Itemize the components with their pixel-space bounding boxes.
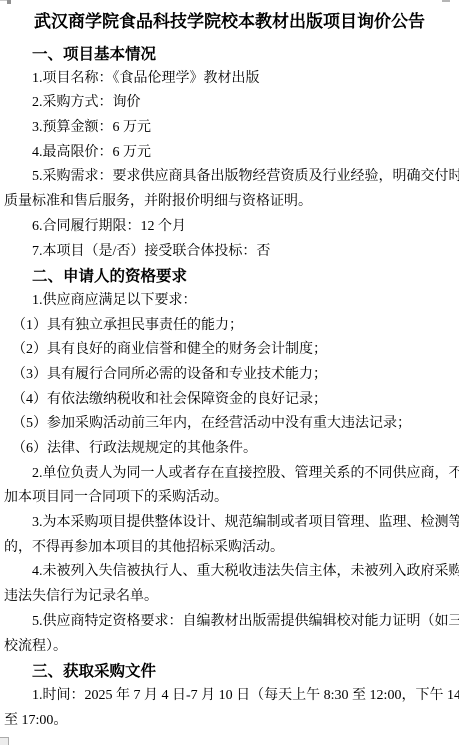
edge-artifact-bottom-left-box	[0, 737, 9, 745]
text-line: 5.供应商特定资格要求：自编教材出版需提供编辑校对能力证明（如三审三	[4, 610, 457, 635]
text-line: 4.最高限价：6 万元	[4, 141, 457, 166]
document-body: 一、项目基本情况1.项目名称：《食品伦理学》教材出版2.采购方式：询价3.预算金…	[0, 42, 459, 733]
text-line: 违法失信行为记录名单。	[4, 585, 457, 610]
text-line: 5.采购需求：要求供应商具备出版物经营资质及行业经验，明确交付时间、	[4, 165, 457, 190]
text-line: 3.为本采购项目提供整体设计、规范编制或者项目管理、监理、检测等服务	[4, 511, 457, 536]
text-line: 2.单位负责人为同一人或者存在直接控股、管理关系的不同供应商，不得参	[4, 462, 457, 487]
document-page: 武汉商学院食品科技学院校本教材出版项目询价公告 一、项目基本情况1.项目名称：《…	[0, 0, 459, 745]
section-heading: 三、获取采购文件	[4, 659, 457, 684]
text-line: 1.时间：2025 年 7 月 4 日-7 月 10 日（每天上午 8:30 至…	[4, 684, 457, 709]
document-title: 武汉商学院食品科技学院校本教材出版项目询价公告	[0, 10, 459, 34]
section-heading: 一、项目基本情况	[4, 42, 457, 67]
text-line: 4.未被列入失信被执行人、重大税收违法失信主体，未被列入政府采购严重	[4, 560, 457, 585]
text-line: 校流程）。	[4, 635, 457, 660]
section-heading: 二、申请人的资格要求	[4, 264, 457, 289]
text-line: （2）具有良好的商业信誉和健全的财务会计制度；	[4, 338, 457, 363]
text-line: 1.项目名称：《食品伦理学》教材出版	[4, 67, 457, 92]
text-line: 3.预算金额：6 万元	[4, 116, 457, 141]
text-line: （5）参加采购活动前三年内，在经营活动中没有重大违法记录；	[4, 412, 457, 437]
text-line: （4）有依法缴纳税收和社会保障资金的良好记录；	[4, 388, 457, 413]
text-line: 2.采购方式：询价	[4, 91, 457, 116]
text-line: 1.供应商应满足以下要求：	[4, 289, 457, 314]
text-line: （1）具有独立承担民事责任的能力；	[4, 314, 457, 339]
text-line: 至 17:00。	[4, 709, 457, 734]
text-line: （3）具有履行合同所必需的设备和专业技术能力；	[4, 363, 457, 388]
edge-artifact-top-right-line	[442, 0, 450, 2]
edge-artifact-top-left-dot	[7, 0, 11, 4]
text-line: 6.合同履行期限：12 个月	[4, 215, 457, 240]
text-line: （6）法律、行政法规规定的其他条件。	[4, 437, 457, 462]
text-line: 7.本项目（是/否）接受联合体投标：否	[4, 240, 457, 265]
text-line: 加本项目同一合同项下的采购活动。	[4, 486, 457, 511]
text-line: 质量标准和售后服务，并附报价明细与资格证明。	[4, 190, 457, 215]
text-line: 的，不得再参加本项目的其他招标采购活动。	[4, 536, 457, 561]
